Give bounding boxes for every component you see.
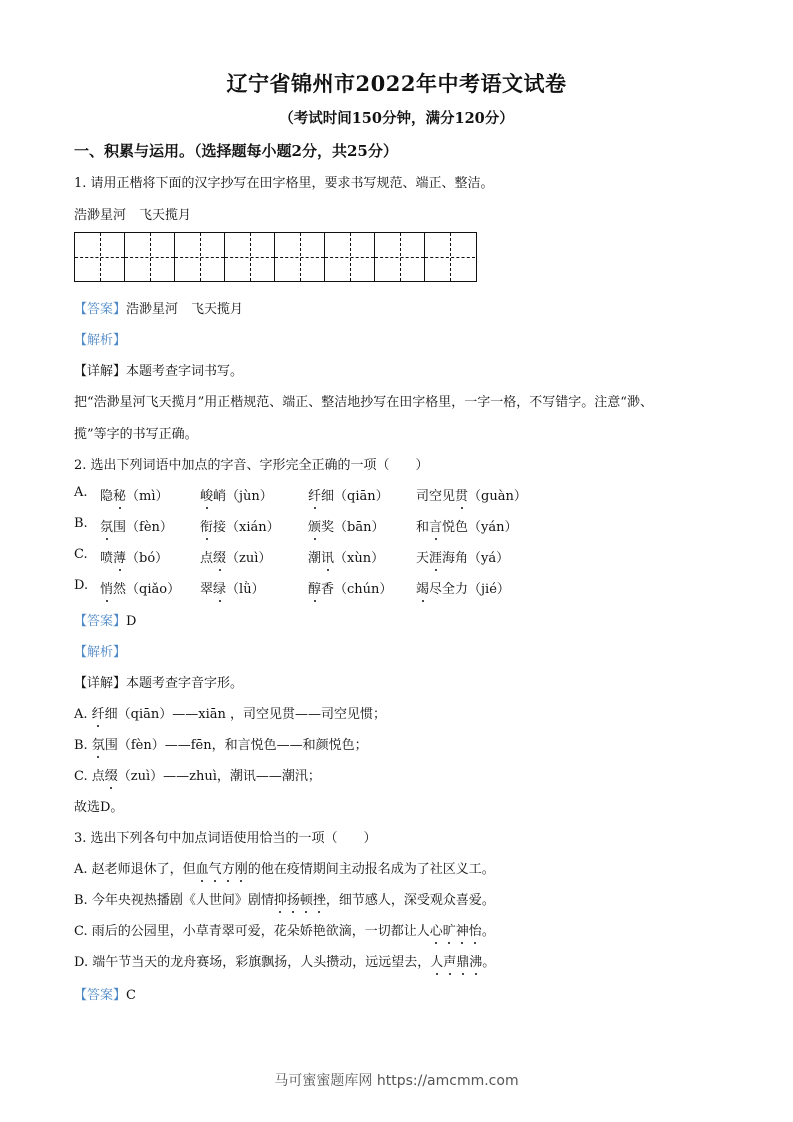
detail-tag: 【详解】 <box>74 676 126 691</box>
emphasis-dot-char: 气 <box>209 858 222 877</box>
option-item: 氛围（fèn） <box>100 516 173 535</box>
q3-stem: 3. 选出下列各句中加点词语使用恰当的一项（ ） <box>74 827 377 846</box>
dashed-guide <box>175 257 224 258</box>
option-item: 隐秘（mì） <box>100 485 169 504</box>
analysis-tag: 【解析】 <box>74 645 126 660</box>
grid-cell <box>375 233 425 281</box>
q3-option: C. 雨后的公园里，小草青翠可爱，花朵娇艳欲滴，一切都让人心旷神怡。 <box>74 920 495 939</box>
option-item: 衔接（xián） <box>200 516 280 535</box>
emphasis-dot-char: 悄 <box>100 578 113 597</box>
option-item: 颁奖（bān） <box>308 516 384 535</box>
option-item: 喷薄（bó） <box>100 547 168 566</box>
explain-line: B. 氛围（fèn）——fēn，和言悦色——和颜悦色； <box>74 734 368 753</box>
grid-cell <box>425 233 475 281</box>
grid-cell <box>75 233 125 281</box>
q2-answer: 【答案】D <box>74 610 136 629</box>
q1-detail: 【详解】本题考查字词书写。 <box>74 360 243 379</box>
answer-text: C <box>126 988 136 1003</box>
emphasis-dot-char: 顿 <box>300 889 313 908</box>
grid-cell <box>275 233 325 281</box>
q1-explain-line2: 揽”等字的书写正确。 <box>74 423 198 442</box>
option-item: 潮讯（xùn） <box>308 547 384 566</box>
dashed-guide <box>375 257 424 258</box>
emphasis-dot-char: 贯 <box>455 485 468 504</box>
emphasis-dot-char: 血 <box>196 858 209 877</box>
emphasis-dot-char: 秘 <box>113 485 126 504</box>
q1-answer: 【答案】浩渺星河 飞天揽月 <box>74 298 243 317</box>
emphasis-dot-char: 神 <box>456 920 469 939</box>
option-item: 悄然（qiǎo） <box>100 578 180 597</box>
detail-text: 本题考查字词书写。 <box>126 364 243 379</box>
answer-tag: 【答案】 <box>74 614 126 629</box>
grid-cell <box>325 233 375 281</box>
explain-line: C. 点缀（zuì）——zhuì，潮讯——潮汛； <box>74 765 321 784</box>
footer-watermark: 马可蜜蜜题库网 https://amcmm.com <box>0 1070 793 1090</box>
dashed-guide <box>275 257 324 258</box>
emphasis-dot-char: 人 <box>430 951 443 970</box>
emphasis-dot-char: 涯 <box>429 547 442 566</box>
answer-tag: 【答案】 <box>74 988 126 1003</box>
emphasis-dot-char: 沸 <box>469 951 482 970</box>
dashed-guide <box>125 257 174 258</box>
option-item: 纤细（qiān） <box>308 485 389 504</box>
q2-analysis: 【解析】 <box>74 641 126 660</box>
tianzige-grid <box>74 232 477 282</box>
option-item: 醇香（chún） <box>308 578 392 597</box>
emphasis-dot-char: 挫 <box>313 889 326 908</box>
emphasis-dot-char: 氛 <box>100 516 113 535</box>
dashed-guide <box>425 257 475 258</box>
emphasis-dot-char: 缀 <box>105 765 118 784</box>
analysis-tag: 【解析】 <box>74 333 126 348</box>
emphasis-dot-char: 刚 <box>235 858 248 877</box>
q1-stem: 1. 请用正楷将下面的汉字抄写在田字格里，要求书写规范、端正、整洁。 <box>74 172 494 191</box>
emphasis-dot-char: 纤 <box>92 703 105 722</box>
option-item: 点缀（zuì） <box>200 547 271 566</box>
q2-stem: 2. 选出下列词语中加点的字音、字形完全正确的一项（ ） <box>74 454 429 473</box>
option-label: A. <box>74 485 88 500</box>
emphasis-dot-char: 峻 <box>200 485 213 504</box>
section-heading: 一、积累与运用。（选择题每小题2分，共25分） <box>74 140 398 161</box>
emphasis-dot-char: 缀 <box>213 547 226 566</box>
option-item: 和言悦色（yán） <box>416 516 518 535</box>
emphasis-dot-char: 心 <box>430 920 443 939</box>
option-item: 峻峭（jùn） <box>200 485 273 504</box>
answer-text: 浩渺星河 飞天揽月 <box>126 302 243 317</box>
emphasis-dot-char: 鼎 <box>456 951 469 970</box>
document-title: 辽宁省锦州市2022年中考语文试卷 <box>0 68 793 98</box>
emphasis-dot-char: 醇 <box>308 578 321 597</box>
option-item: 竭尽全力（jié） <box>416 578 510 597</box>
grid-cell <box>225 233 275 281</box>
q3-option: B. 今年央视热播剧《人世间》剧情抑扬顿挫，细节感人，深受观众喜爱。 <box>74 889 495 908</box>
emphasis-dot-char: 讯 <box>321 547 334 566</box>
q3-answer: 【答案】C <box>74 984 136 1003</box>
dashed-guide <box>325 257 374 258</box>
answer-tag: 【答案】 <box>74 302 126 317</box>
option-item: 司空见贯（guàn） <box>416 485 527 504</box>
option-item: 天涯海角（yá） <box>416 547 509 566</box>
emphasis-dot-char: 声 <box>443 951 456 970</box>
q1-analysis: 【解析】 <box>74 329 126 348</box>
q2-conclusion: 故选D。 <box>74 796 123 815</box>
detail-text: 本题考查字音字形。 <box>126 676 243 691</box>
emphasis-dot-char: 扬 <box>287 889 300 908</box>
q3-option: D. 端午节当天的龙舟赛场，彩旗飘扬，人头攒动，远远望去，人声鼎沸。 <box>74 951 495 970</box>
emphasis-dot-char: 怡 <box>469 920 482 939</box>
emphasis-dot-char: 旷 <box>443 920 456 939</box>
emphasis-dot-char: 竭 <box>416 578 429 597</box>
option-label: C. <box>74 547 88 562</box>
grid-cell <box>175 233 225 281</box>
explain-line: A. 纤细（qiān）——xiān ，司空见贯——司空见惯； <box>74 703 386 722</box>
emphasis-dot-char: 言 <box>429 516 442 535</box>
option-item: 翠绿（lǜ） <box>200 578 265 597</box>
q3-option: A. 赵老师退休了，但血气方刚的他在疫情期间主动报名成为了社区义工。 <box>74 858 495 877</box>
emphasis-dot-char: 衔 <box>200 516 213 535</box>
option-label: D. <box>74 578 88 593</box>
emphasis-dot-char: 方 <box>222 858 235 877</box>
dashed-guide <box>225 257 274 258</box>
q2-detail: 【详解】本题考查字音字形。 <box>74 672 243 691</box>
emphasis-dot-char: 抑 <box>274 889 287 908</box>
dashed-guide <box>75 257 124 258</box>
detail-tag: 【详解】 <box>74 364 126 379</box>
emphasis-dot-char: 绿 <box>213 578 226 597</box>
emphasis-dot-char: 氛 <box>92 734 105 753</box>
emphasis-dot-char: 纤 <box>308 485 321 504</box>
emphasis-dot-char: 薄 <box>113 547 126 566</box>
exam-info: （考试时间150分钟，满分120分） <box>0 107 793 128</box>
grid-cell <box>125 233 175 281</box>
answer-text: D <box>126 614 136 629</box>
option-label: B. <box>74 516 88 531</box>
q1-words: 浩渺星河 飞天揽月 <box>74 204 191 223</box>
emphasis-dot-char: 颁 <box>308 516 321 535</box>
q1-explain-line1: 把“浩渺星河飞天揽月”用正楷规范、端正、整洁地抄写在田字格里，一字一格，不写错字… <box>74 391 653 410</box>
